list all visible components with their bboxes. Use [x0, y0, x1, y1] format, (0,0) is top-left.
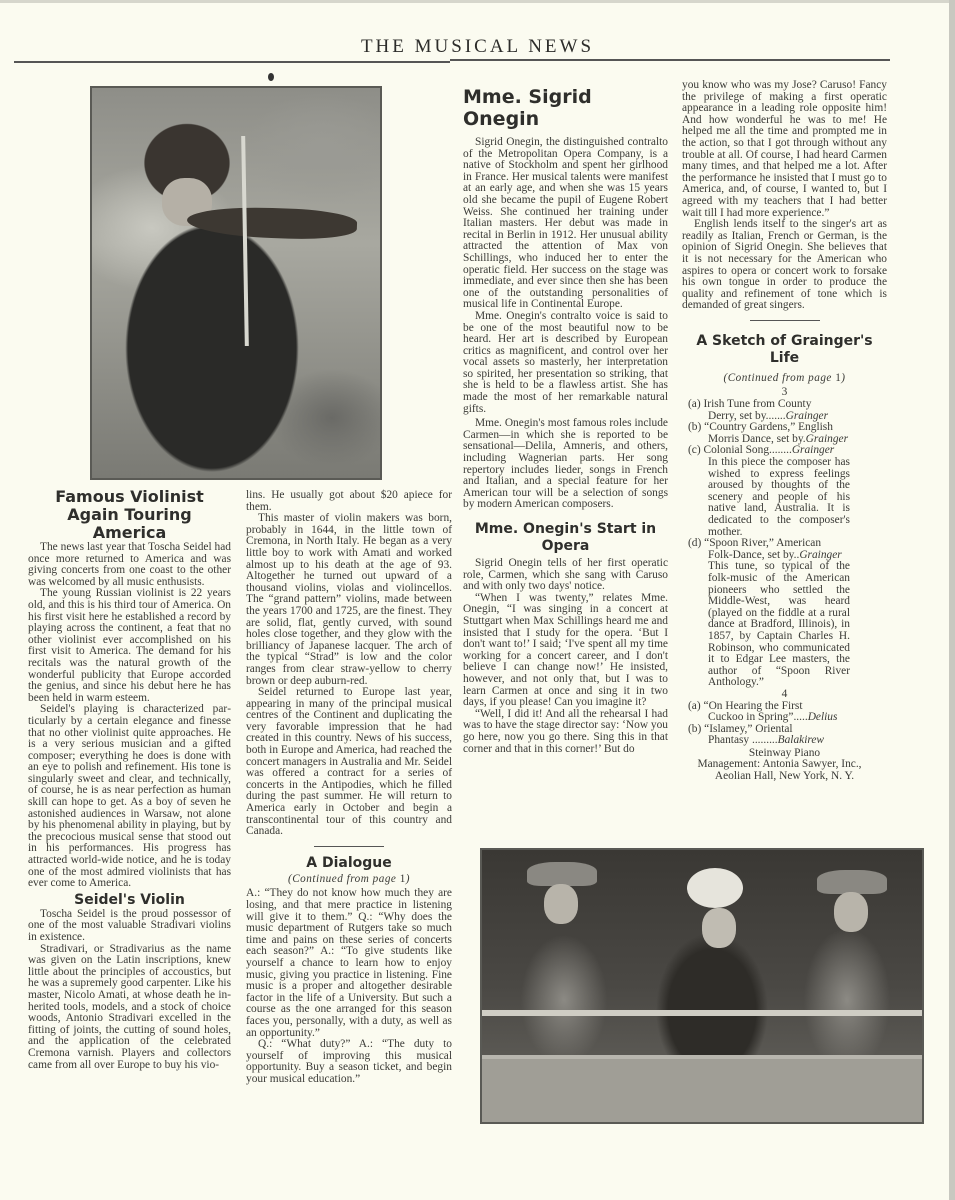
item-composer: Balakirew [778, 734, 824, 746]
hat-icon [817, 870, 887, 894]
column-1: Famous Violinist Again Touring America T… [28, 488, 231, 1071]
program-list-4: (a) “On Hearing the First Cuckoo in Spri… [688, 701, 878, 747]
masthead-rule-left [14, 61, 450, 63]
violinist-paragraph: Seidel's playing is characterized par­ti… [28, 704, 231, 890]
violinist-paragraph: The news last year that Toscha Seidel ha… [28, 542, 231, 588]
item-title: Cuckoo in Spring” [708, 711, 793, 723]
continued-label: Continued from page [728, 372, 832, 384]
onegin-start-paragraph: you know who was my Jose? Caruso! Fancy … [682, 80, 887, 219]
page-top-edge [0, 0, 955, 3]
continued-page: 1 [400, 873, 406, 885]
item-composer: Delius [808, 711, 838, 723]
onegin-start-paragraph: “When I was twenty,” relates Mme. Onegin… [463, 593, 668, 709]
item-title: “Spoon River,” American [704, 537, 821, 549]
item-title: “Islamey,” Oriental [704, 723, 792, 735]
onegin-paragraph: Mme. Onegin's most famous roles include … [463, 418, 668, 511]
leader-dots: ......... [752, 734, 778, 746]
program-item: (b) “Islamey,” Oriental Phantasy .......… [688, 724, 878, 747]
continued-note: (Continued from page 1) [682, 373, 887, 385]
item-note: In this piece the composer has wished to… [688, 457, 850, 538]
item-composer: Grainger [806, 433, 848, 445]
dialogue-paragraph: A.: “They do not know how much they are … [246, 888, 452, 1039]
item-title: Colonial Song [704, 444, 770, 456]
leader-dots: ..... [793, 711, 807, 723]
onegin-paragraph: Sigrid Onegin, the distinguished contral… [463, 137, 668, 311]
continued-label: Continued from page [292, 873, 396, 885]
item-letter: (b) [688, 723, 701, 735]
grainger-headline: A Sketch of Grainger's Life [682, 333, 887, 367]
item-title: “Country Gardens,” English [704, 421, 833, 433]
violin-icon [187, 205, 358, 241]
woman-face [702, 908, 736, 948]
leader-dots: ........ [769, 444, 792, 456]
item-title: Phantasy [708, 734, 752, 746]
program-item: (a) Irish Tune from County Derry, set by… [688, 399, 878, 422]
violinist-photo [90, 86, 382, 480]
violinist-paragraph: The young Russian violinist is 22 years … [28, 588, 231, 704]
column-2: lins. He usually got about $20 apiece fo… [246, 490, 452, 1086]
violin-paragraph: Stradivari, or Stradivarius as the name … [28, 944, 231, 1072]
masthead-rule-right [450, 59, 890, 61]
violin-paragraph: lins. He usually got about $20 apiece fo… [246, 490, 452, 513]
onegin-start-paragraph: Sigrid Onegin tells of her first operati… [463, 558, 668, 593]
balcony-ironwork [482, 1059, 922, 1122]
man-left-face [544, 884, 578, 924]
item-title: Folk-Dance, set by [708, 549, 794, 561]
man-right-face [834, 892, 868, 932]
item-title: Morris Dance, set by. [708, 433, 806, 445]
item-title: “On Hearing the First [704, 700, 803, 712]
program-item: (a) “On Hearing the First Cuckoo in Spri… [688, 701, 878, 724]
page-right-edge [949, 0, 955, 1200]
onegin-paragraph: Mme. Onegin's contralto voice is said to… [463, 311, 668, 415]
bow-icon [241, 136, 249, 346]
onegin-start-paragraph: “Well, I did it! And all the re­hearsal … [463, 709, 668, 755]
group-photo [480, 848, 924, 1124]
item-title: Irish Tune from County [704, 398, 812, 410]
continued-page: 1 [835, 372, 841, 384]
violinist-headline: Famous Violinist Again Touring America [28, 488, 231, 542]
item-letter: (d) [688, 537, 701, 549]
section-divider [314, 846, 384, 847]
management-address: Aeolian Hall, New York, N. Y. [682, 771, 887, 783]
onegin-start-headline: Mme. Onegin's Start in Opera [463, 521, 668, 555]
violin-paragraph: Toscha Seidel is the proud possessor of … [28, 909, 231, 944]
balcony-railing [482, 1010, 922, 1016]
violin-headline: Seidel's Violin [28, 892, 231, 909]
item-title: Derry, set by [708, 410, 766, 422]
leader-dots: ....... [766, 410, 786, 422]
item-composer: Grainger [799, 549, 841, 561]
program-item: (c) Colonial Song........Grainger In thi… [688, 445, 878, 538]
onegin-headline: Mme. Sigrid Onegin [463, 86, 668, 130]
print-mark [268, 73, 274, 81]
column-3: Mme. Sigrid Onegin Sigrid Onegin, the di… [463, 86, 668, 755]
masthead: THE MUSICAL NEWS [0, 36, 955, 58]
item-letter: (a) [688, 700, 701, 712]
violin-paragraph: Seidel returned to Europe last year, app… [246, 687, 452, 838]
section-divider [750, 320, 820, 321]
program-item: (b) “Country Gardens,” English Morris Da… [688, 422, 878, 445]
continued-note: (Continued from page 1) [246, 874, 452, 886]
onegin-start-paragraph: English lends itself to the singer's art… [682, 219, 887, 312]
program-list-3: (a) Irish Tune from County Derry, set by… [688, 399, 878, 689]
item-letter: (a) [688, 398, 701, 410]
item-composer: Grainger [786, 410, 828, 422]
violin-paragraph: This master of violin makers was born, p… [246, 513, 452, 687]
column-4: you know who was my Jose? Caruso! Fancy … [682, 80, 887, 783]
item-letter: (b) [688, 421, 701, 433]
feathered-hat-icon [687, 868, 743, 908]
dialogue-paragraph: Q.: “What duty?” A.: “The duty to yourse… [246, 1039, 452, 1085]
item-composer: Grainger [792, 444, 834, 456]
hat-icon [527, 862, 597, 886]
item-note: This tune, so typical of the folk-music … [688, 561, 850, 689]
program-item: (d) “Spoon River,” American Folk-Dance, … [688, 538, 878, 689]
item-letter: (c) [688, 444, 701, 456]
dialogue-headline: A Dialogue [246, 855, 452, 872]
